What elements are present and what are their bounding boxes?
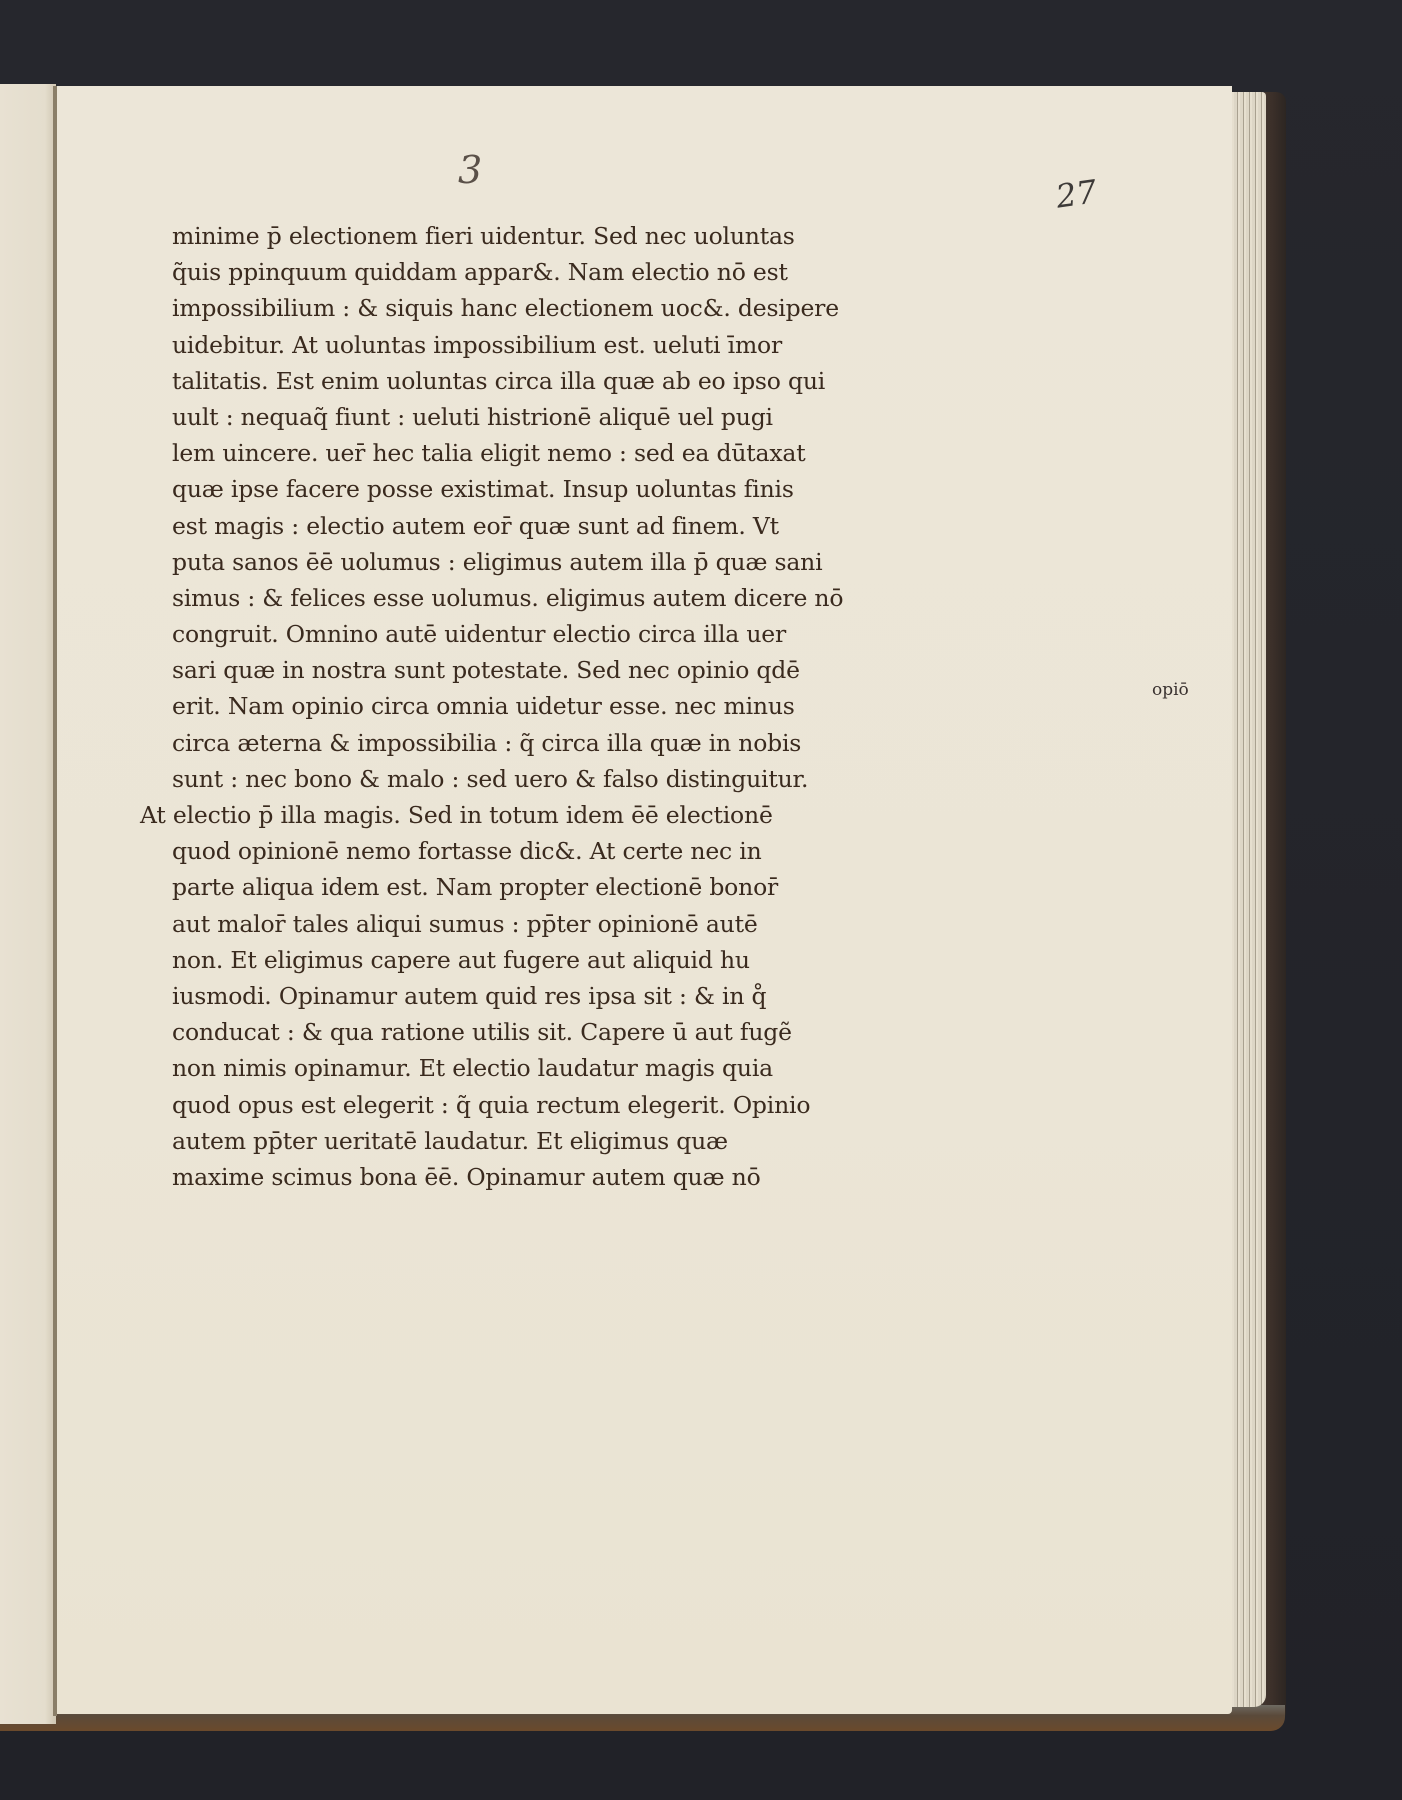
text-line: autem pp̄ter ueritatē laudatur. Et eligi… [172,1123,872,1159]
text-line: aut malor̄ tales aliqui sumus : pp̄ter o… [172,906,872,942]
text-line: q̃uis ppinquum quiddam appar&. Nam elect… [172,254,872,290]
text-line: uult : nequaq̃ fiunt : ueluti histrionē … [172,399,872,435]
text-block: minime p̄ electionem fieri uidentur. Sed… [172,218,872,1195]
text-line: circa æterna & impossibilia : q̃ circa i… [172,725,872,761]
text-line: conducat : & qua ratione utilis sit. Cap… [172,1014,872,1050]
text-line: parte aliqua idem est. Nam propter elect… [172,869,872,905]
left-page-edge [0,84,56,1724]
text-line: At electio p̄ illa magis. Sed in totum i… [140,797,872,833]
text-line: simus : & felices esse uolumus. eligimus… [172,580,872,616]
text-line: lem uincere. uer̄ hec talia eligit nemo … [172,435,872,471]
text-line: quæ ipse facere posse existimat. Insup u… [172,471,872,507]
text-line: quod opus est elegerit : q̃ quia rectum … [172,1087,872,1123]
text-line: est magis : electio autem eor̄ quæ sunt … [172,508,872,544]
text-line: non. Et eligimus capere aut fugere aut a… [172,942,872,978]
text-line: impossibilium : & siquis hanc electionem… [172,290,872,326]
text-line: erit. Nam opinio circa omnia uidetur ess… [172,688,872,724]
text-line: talitatis. Est enim uoluntas circa illa … [172,363,872,399]
folio-number: 3 [458,148,482,192]
text-line: puta sanos ēē uolumus : eligimus autem i… [172,544,872,580]
text-line: iusmodi. Opinamur autem quid res ipsa si… [172,978,872,1014]
text-line: quod opinionē nemo fortasse dic&. At cer… [172,833,872,869]
foliation-number: 27 [1054,172,1100,215]
text-line: sari quæ in nostra sunt potestate. Sed n… [172,652,872,688]
text-line: sunt : nec bono & malo : sed uero & fals… [172,761,872,797]
page-stack-edges [1228,92,1266,1707]
text-line: congruit. Omnino autē uidentur electio c… [172,616,872,652]
text-line: maxime scimus bona ēē. Opinamur autem qu… [172,1159,872,1195]
text-line: minime p̄ electionem fieri uidentur. Sed… [172,218,872,254]
text-line: non nimis opinamur. Et electio laudatur … [172,1050,872,1086]
margin-note: opiō [1152,680,1189,700]
gutter [53,86,57,1716]
text-line: uidebitur. At uoluntas impossibilium est… [172,327,872,363]
